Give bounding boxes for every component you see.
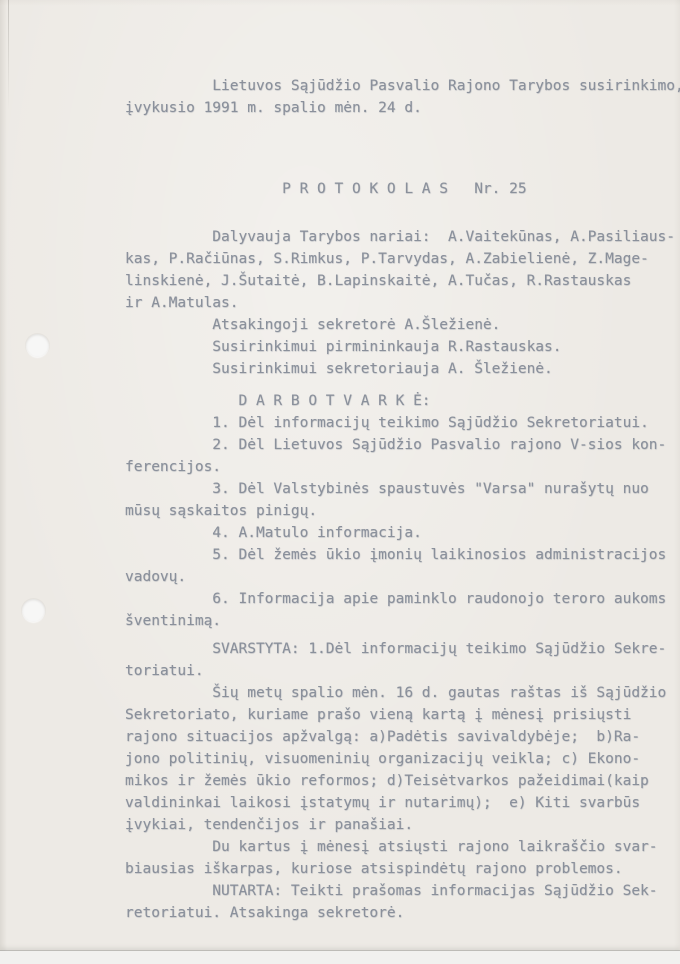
agenda-section: D A R B O T V A R K Ė: 1. Dėl informacij… xyxy=(125,390,680,632)
text-line: D A R B O T V A R K Ė: xyxy=(125,390,680,412)
text-line: ir A.Matulas. xyxy=(125,292,680,314)
text-line: NUTARTA: Teikti prašomas informacijas Są… xyxy=(125,880,680,902)
text-line: 1. Dėl informacijų teikimo Sąjūdžio Sekr… xyxy=(125,412,680,434)
text-line: Susirinkimui pirmininkauja R.Rastauskas. xyxy=(125,336,680,358)
text-line: vadovų. xyxy=(125,566,680,588)
paper-crease xyxy=(8,0,9,110)
text-line: 3. Dėl Valstybinės spaustuvės "Varsa" nu… xyxy=(125,478,680,500)
text-line: SVARSTYTA: 1.Dėl informacijų teikimo Sąj… xyxy=(125,638,680,660)
text-line: linskienė, J.Šutaitė, B.Lapinskaitė, A.T… xyxy=(125,270,680,292)
protocol-title: P R O T O K O L A S Nr. 25 xyxy=(125,178,680,200)
text-line: įvykusio 1991 m. spalio mėn. 24 d. xyxy=(125,97,680,119)
text-line: rajono situacijos apžvalgą: a)Padėtis sa… xyxy=(125,726,680,748)
page-bottom-edge xyxy=(0,951,680,964)
text-line: biausias iškarpas, kuriose atsispindėtų … xyxy=(125,858,680,880)
text-line: Atsakingoji sekretorė A.Šležienė. xyxy=(125,314,680,336)
text-line: šventinimą. xyxy=(125,610,680,632)
text-line: Susirinkimui sekretoriauja A. Šležienė. xyxy=(125,358,680,380)
text-line: mūsų sąskaitos pinigų. xyxy=(125,500,680,522)
text-line: kas, P.Račiūnas, S.Rimkus, P.Tarvydas, A… xyxy=(125,248,680,270)
text-line: 5. Dėl žemės ūkio įmonių laikinosios adm… xyxy=(125,544,680,566)
text-line: 6. Informacija apie paminklo raudonojo t… xyxy=(125,588,680,610)
text-line: P R O T O K O L A S Nr. 25 xyxy=(125,178,680,200)
discussion-resolution-section: SVARSTYTA: 1.Dėl informacijų teikimo Sąj… xyxy=(125,638,680,924)
text-line: toriatui. xyxy=(125,660,680,682)
punch-hole-bottom xyxy=(22,599,45,622)
participants-section: Dalyvauja Tarybos nariai: A.Vaitekūnas, … xyxy=(125,226,680,380)
text-line: retoriatui. Atsakinga sekretorė. xyxy=(125,902,680,924)
text-line: įvykiai, tendenčijos ir panašiai. xyxy=(125,814,680,836)
text-line: 4. A.Matulo informacija. xyxy=(125,522,680,544)
text-line: Sekretoriato, kuriame prašo vieną kartą … xyxy=(125,704,680,726)
text-line: ferencijos. xyxy=(125,456,680,478)
document-header: Lietuvos Sąjūdžio Pasvalio Rajono Tarybo… xyxy=(125,75,680,119)
text-line: valdininkai laikosi įstatymų ir nutarimų… xyxy=(125,792,680,814)
text-line: 2. Dėl Lietuvos Sąjūdžio Pasvalio rajono… xyxy=(125,434,680,456)
text-line: Lietuvos Sąjūdžio Pasvalio Rajono Tarybo… xyxy=(125,75,680,97)
text-line: Šių metų spalio mėn. 16 d. gautas raštas… xyxy=(125,682,680,704)
text-line: Dalyvauja Tarybos nariai: A.Vaitekūnas, … xyxy=(125,226,680,248)
text-line: jono politinių, visuomeninių organizacij… xyxy=(125,748,680,770)
text-line: mikos ir žemės ūkio reformos; d)Teisėtva… xyxy=(125,770,680,792)
text-line: Du kartus į mėnesį atsiųsti rajono laikr… xyxy=(125,836,680,858)
scanned-document-page: Lietuvos Sąjūdžio Pasvalio Rajono Tarybo… xyxy=(0,0,680,964)
punch-hole-top xyxy=(26,334,49,357)
